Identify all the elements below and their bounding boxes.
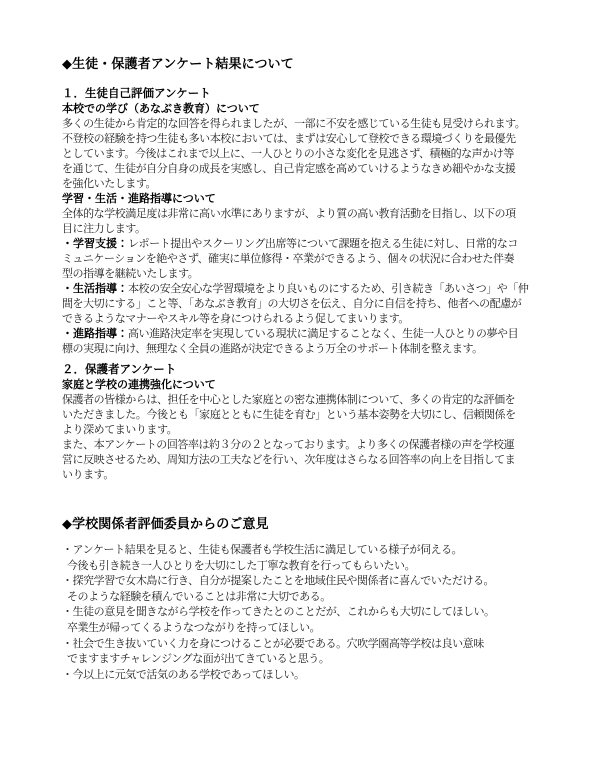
text-line: を通じて、生徒が自分自身の成長を実感し、自己肯定感を高めていけるようなきめ細やか… <box>62 161 529 176</box>
text-line: 間を大切にする」こと等、「あなぶき教育」の大切さを伝え、自分に自信を持ち、他者へ… <box>62 296 529 311</box>
bullet-line: ・探究学習で女木島に行き、自分が提案したことを地域住民や関係者に喜んでいただける… <box>62 573 529 589</box>
bullet-continuation-line: でますますチャレンジングな面が出てきていると思う。 <box>62 651 529 667</box>
document-content: ◆生徒・保護者アンケート結果について１．生徒自己評価アンケート本校での学び（あな… <box>62 56 529 682</box>
text-line-with-lead: ・学習支援：レポート提出やスクーリング出席等について課題を抱える生徒に対し、日常… <box>62 236 529 251</box>
text-line: 多くの生徒から肯定的な回答を得られましたが、一部に不安を感じている生徒も見受けら… <box>62 116 529 131</box>
text-line: ミュニケーションを絶やさず、確実に単位修得・卒業ができるよう、個々の状況に合わせ… <box>62 251 529 266</box>
section-heading: ◆生徒・保護者アンケート結果について <box>62 56 529 73</box>
bold-lead-label: ・生活指導： <box>62 282 128 295</box>
text-line-with-lead: ・生活指導：本校の安全安心な学習環境をより良いものにするため、引き続き「あいさつ… <box>62 281 529 296</box>
text-line: 保護者の皆様からは、担任を中心とした家庭との密な連携体制について、多くの肯定的な… <box>62 392 529 407</box>
numbered-heading: １．生徒自己評価アンケート <box>62 86 529 101</box>
bullet-line: ・社会で生き抜いていく力を身につけることが必要である。穴吹学園高等学校は良い意味 <box>62 636 529 652</box>
bold-subheading: 家庭と学校の連携強化について <box>62 377 529 392</box>
bullet-continuation-line: 卒業生が帰ってくるようなつながりを持ってほしい。 <box>62 620 529 636</box>
text-line: 標の実現に向け、無理なく全員の進路が決定できるよう万全のサポート体制を整えます。 <box>62 341 529 356</box>
text-line: 型の指導を継続いたします。 <box>62 266 529 281</box>
bold-subheading: 本校での学び（あなぶき教育）について <box>62 101 529 116</box>
section-heading: ◆学校関係者評価委員からのご意見 <box>62 516 529 533</box>
bullet-line: ・今以上に元気で活気のある学校であってほしい。 <box>62 667 529 683</box>
text-line: 不登校の経験を持つ生徒も多い本校においては、まずは安心して登校できる環境づくりを… <box>62 131 529 146</box>
bullet-continuation-line: 今後も引き続き一人ひとりを大切にした丁寧な教育を行ってもらいたい。 <box>62 558 529 574</box>
text-line-with-lead: ・進路指導：高い進路決定率を実現している現状に満足することなく、生徒一人ひとりの… <box>62 326 529 341</box>
lead-body-text: 高い進路決定率を実現している現状に満足することなく、生徒一人ひとりの夢や目 <box>128 327 518 340</box>
text-line: いります。 <box>62 467 529 482</box>
text-line: 全体的な学校満足度は非常に高い水準にありますが、より質の高い教育活動を目指し、以… <box>62 206 529 221</box>
numbered-heading: ２．保護者アンケート <box>62 362 529 377</box>
text-line: また、本アンケートの回答率は約３分の２となっております。より多くの保護者様の声を… <box>62 437 529 452</box>
text-line: できるようなマナーやスキル等を身につけられるよう促してまいります。 <box>62 311 529 326</box>
lead-body-text: 本校の安全安心な学習環境をより良いものにするため、引き続き「あいさつ」や「仲 <box>128 282 528 295</box>
bold-subheading: 学習・生活・進路指導について <box>62 191 529 206</box>
text-line: を強化いたします。 <box>62 176 529 191</box>
bullet-continuation-line: そのような経験を積んでいることは非常に大切である。 <box>62 589 529 605</box>
text-line: 営に反映させるため、周知方法の工夫などを行い、次年度はさらなる回答率の向上を目指… <box>62 452 529 467</box>
text-line: より深めてまいります。 <box>62 422 529 437</box>
bullet-line: ・アンケート結果を見ると、生徒も保護者も学校生活に満足している様子が伺える。 <box>62 542 529 558</box>
text-line: としています。今後はこれまで以上に、一人ひとりの小さな変化を見逃さず、積極的な声… <box>62 146 529 161</box>
text-line: 目に注力します。 <box>62 221 529 236</box>
document-page: ◆生徒・保護者アンケート結果について１．生徒自己評価アンケート本校での学び（あな… <box>0 0 589 780</box>
text-line: いただきました。今後とも「家庭とともに生徒を育む」という基本姿勢を大切にし、信頼… <box>62 407 529 422</box>
lead-body-text: レポート提出やスクーリング出席等について課題を抱える生徒に対し、日常的なコ <box>128 237 518 250</box>
bullet-line: ・生徒の意見を聞きながら学校を作ってきたとのことだが、これからも大切にしてほしい… <box>62 604 529 620</box>
bold-lead-label: ・学習支援： <box>62 237 128 250</box>
bold-lead-label: ・進路指導： <box>62 327 128 340</box>
